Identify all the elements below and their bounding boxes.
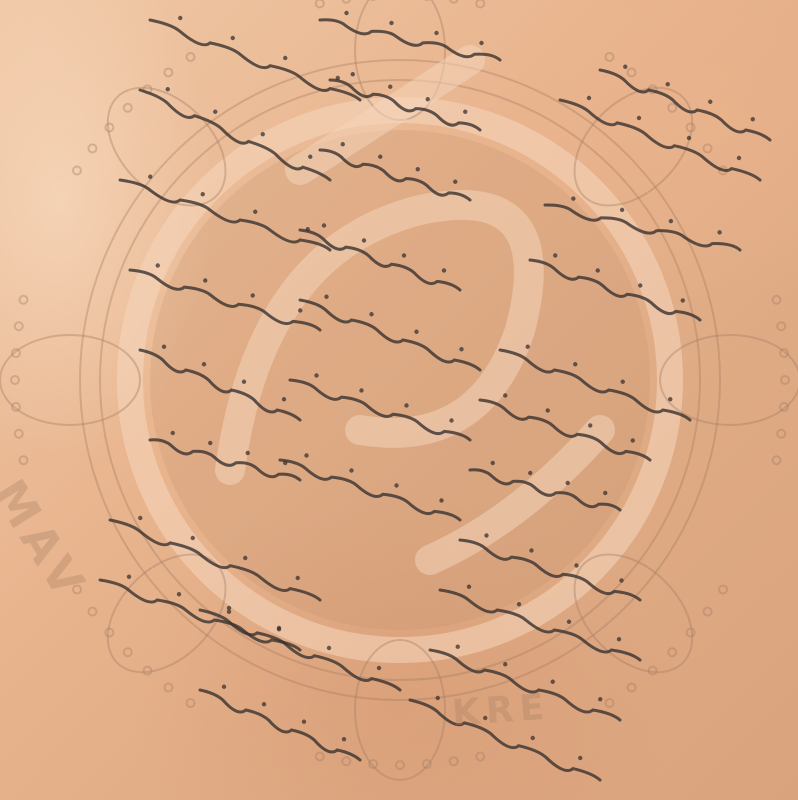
handwritten-text	[0, 0, 798, 800]
watermark-text-kre: KRE	[451, 687, 552, 735]
